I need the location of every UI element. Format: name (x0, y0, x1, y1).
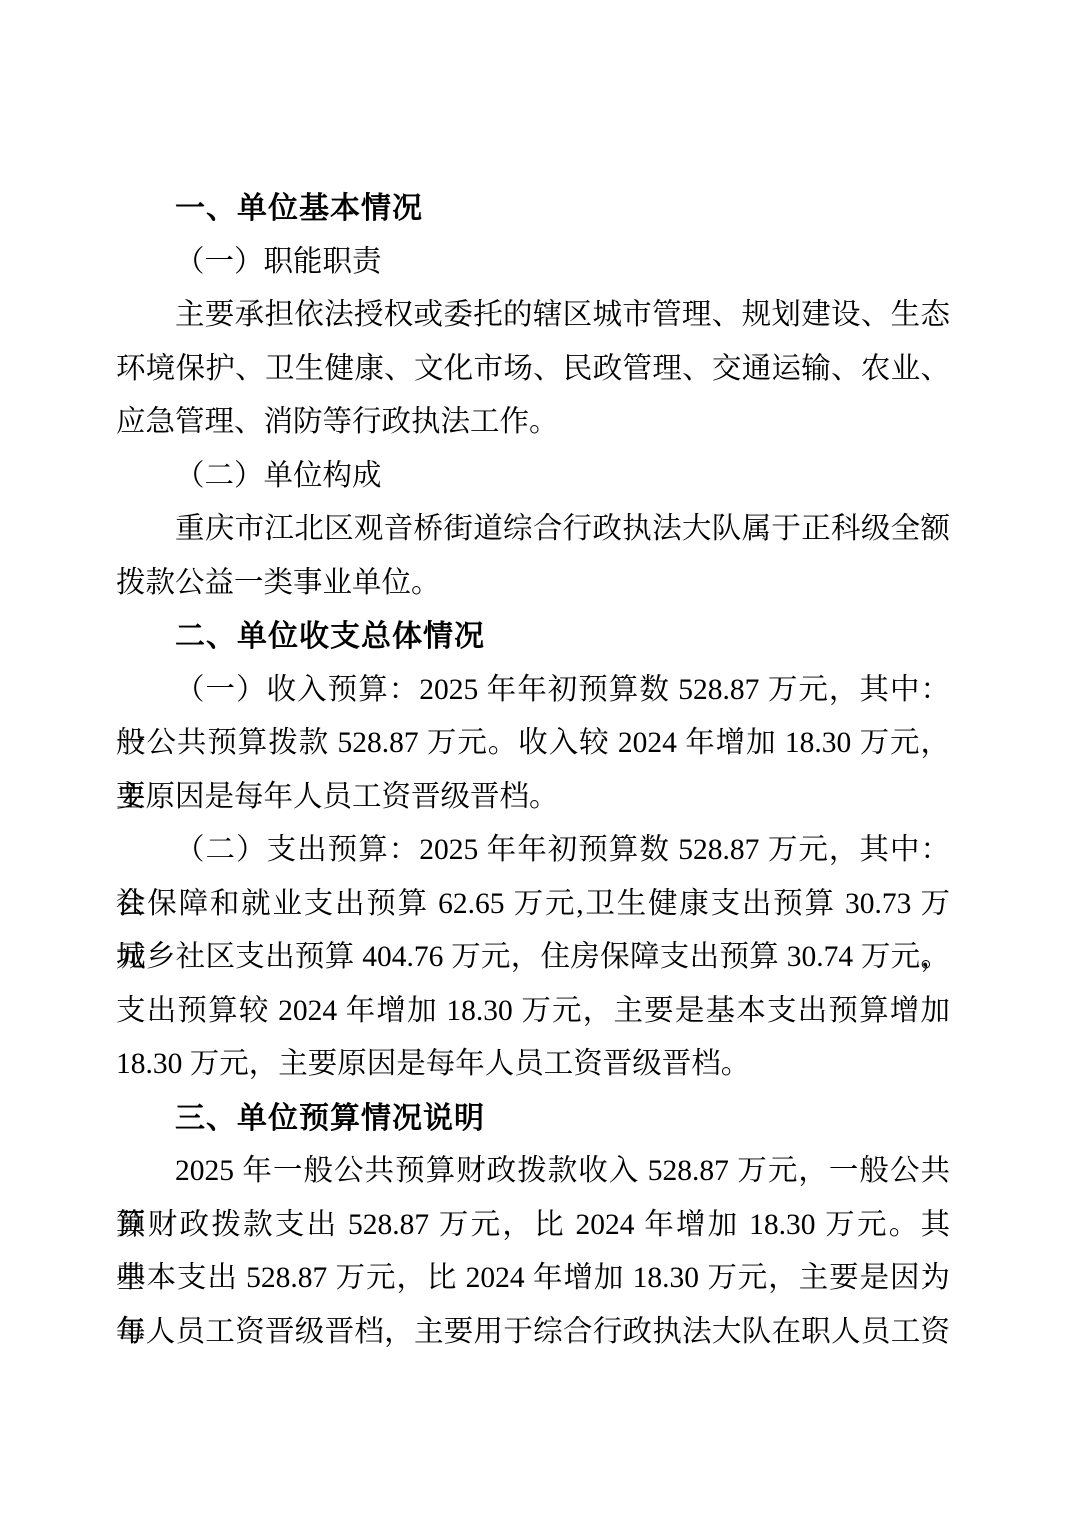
text-line: 重庆市江北区观音桥街道综合行政执法大队属于正科级全额 (116, 503, 950, 557)
document-page: 一、单位基本情况 （一）职能职责 主要承担依法授权或委托的辖区城市管理、规划建设… (0, 0, 1074, 1520)
text-line: 支出预算较 2024 年增加 18.30 万元，主要是基本支出预算增加 (116, 985, 950, 1039)
text-line: （二）支出预算：2025 年年初预算数 528.87 万元，其中：社 (116, 824, 950, 878)
subsection-heading: （二）单位构成 (116, 450, 950, 504)
text-line: 城乡社区支出预算 404.76 万元，住房保障支出预算 30.74 万元。 (116, 931, 950, 985)
text-line: 要原因是每年人员工资晋级晋档。 (116, 771, 950, 825)
subsection-heading: （一）职能职责 (116, 236, 950, 290)
section-heading-3: 三、单位预算情况说明 (116, 1092, 950, 1146)
text-line: 年人员工资晋级晋档，主要用于综合行政执法大队在职人员工资 (116, 1306, 950, 1360)
text-line: 主要承担依法授权或委托的辖区城市管理、规划建设、生态 (116, 289, 950, 343)
section-heading-2: 二、单位收支总体情况 (116, 610, 950, 664)
text-line: 18.30 万元，主要原因是每年人员工资晋级晋档。 (116, 1038, 950, 1092)
text-line: 应急管理、消防等行政执法工作。 (116, 396, 950, 450)
section-heading-1: 一、单位基本情况 (116, 182, 950, 236)
text-line: 2025 年一般公共预算财政拨款收入 528.87 万元，一般公共预 (116, 1145, 950, 1199)
text-line: 环境保护、卫生健康、文化市场、民政管理、交通运输、农业、 (116, 343, 950, 397)
text-line: 会保障和就业支出预算 62.65 万元,卫生健康支出预算 30.73 万元， (116, 878, 950, 932)
text-line: 拨款公益一类事业单位。 (116, 557, 950, 611)
text-line: 算财政拨款支出 528.87 万元，比 2024 年增加 18.30 万元。其中… (116, 1199, 950, 1253)
text-line: 基本支出 528.87 万元，比 2024 年增加 18.30 万元，主要是因为… (116, 1252, 950, 1306)
text-line: 般公共预算拨款 528.87 万元。收入较 2024 年增加 18.30 万元，… (116, 717, 950, 771)
text-line: （一）收入预算：2025 年年初预算数 528.87 万元，其中：一 (116, 664, 950, 718)
document-text-block: 一、单位基本情况 （一）职能职责 主要承担依法授权或委托的辖区城市管理、规划建设… (116, 182, 950, 1359)
